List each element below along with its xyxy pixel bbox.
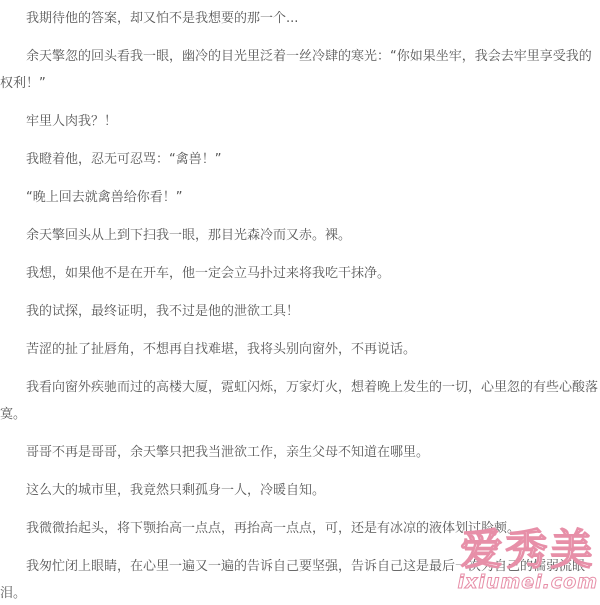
paragraph: 余天擎忽的回头看我一眼，幽冷的目光里泛着一丝冷肆的寒光：“你如果坐牢，我会去牢里…: [0, 43, 600, 97]
paragraph: 我瞪着他，忍无可忍骂：“禽兽！”: [0, 146, 600, 173]
paragraph: 哥哥不再是哥哥，余天擎只把我当泄欲工作，亲生父母不知道在哪里。: [0, 439, 600, 466]
article-body: 我期待他的答案，却又怕不是我想要的那一个... 余天擎忽的回头看我一眼，幽冷的目…: [0, 0, 600, 605]
paragraph: 余天擎回头从上到下扫我一眼，那目光森冷而又赤。裸。: [0, 222, 600, 249]
paragraph: 苦涩的扯了扯唇角，不想再自找难堪，我将头别向窗外，不再说话。: [0, 336, 600, 363]
paragraph: 我匆忙闭上眼睛，在心里一遍又一遍的告诉自己要坚强，告诉自己这是最后一次为自己的懦…: [0, 553, 600, 605]
paragraph: 我期待他的答案，却又怕不是我想要的那一个...: [0, 5, 600, 32]
paragraph: 我想，如果他不是在开车，他一定会立马扑过来将我吃干抹净。: [0, 260, 600, 287]
paragraph: 这么大的城市里，我竟然只剩孤身一人，冷暖自知。: [0, 477, 600, 504]
paragraph: 我看向窗外疾驰而过的高楼大厦，霓虹闪烁，万家灯火，想着晚上发生的一切，心里忽的有…: [0, 374, 600, 428]
paragraph: 我的试探，最终证明，我不过是他的泄欲工具！: [0, 298, 600, 325]
paragraph: 我微微抬起头，将下颚抬高一点点，再抬高一点点，可，还是有冰凉的液体划过脸颊。: [0, 515, 600, 542]
paragraph: 牢里人肉我？！: [0, 108, 600, 135]
paragraph: “晚上回去就禽兽给你看！”: [0, 184, 600, 211]
